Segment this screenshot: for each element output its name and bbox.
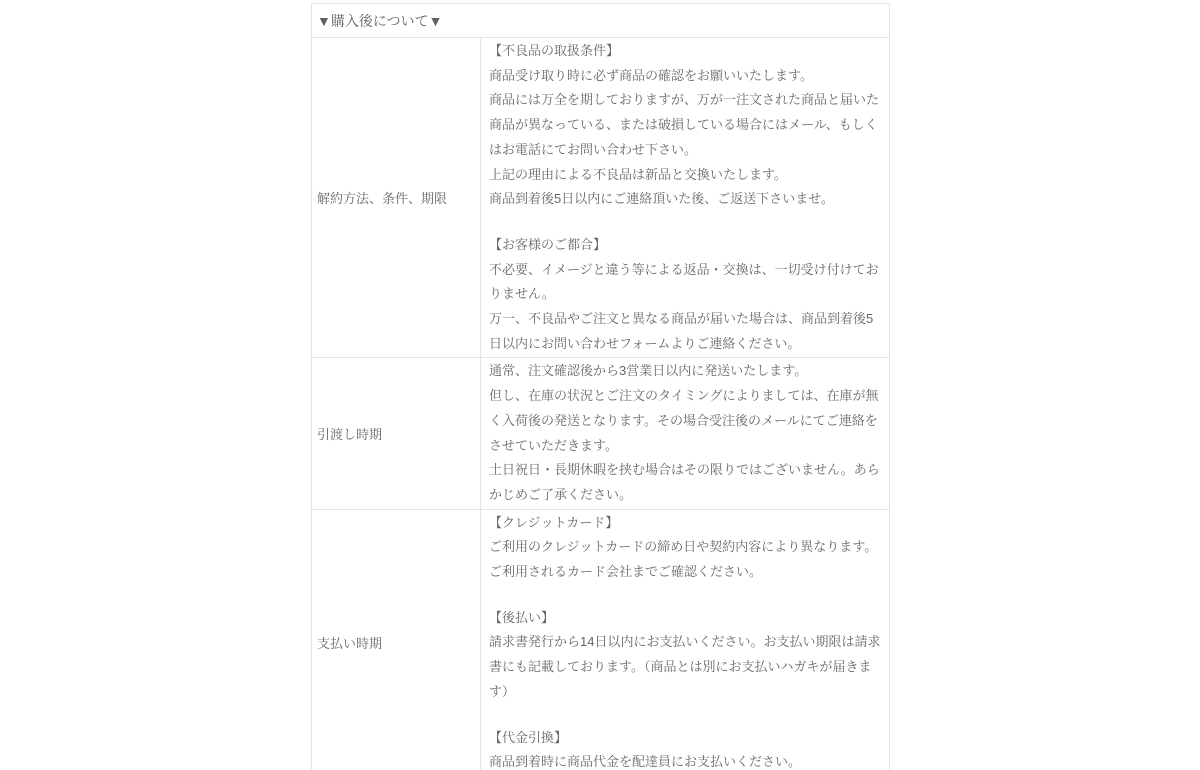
row-content: 通常、注文確認後から3営業日以内に発送いたします。 但し、在庫の状況とご注文のタ… [481, 358, 890, 509]
table-row: 引渡し時期 通常、注文確認後から3営業日以内に発送いたします。 但し、在庫の状況… [312, 358, 890, 509]
content-paragraph: 【後払い】 請求書発行から14日以内にお支払いください。お支払い期限は請求書にも… [489, 606, 881, 705]
content-paragraph: 【クレジットカード】 ご利用のクレジットカードの締め日や契約内容により異なります… [489, 511, 881, 585]
row-label: 引渡し時期 [312, 358, 481, 509]
row-content: 【クレジットカード】 ご利用のクレジットカードの締め日や契約内容により異なります… [481, 509, 890, 770]
row-content: 【不良品の取扱条件】 商品受け取り時に必ず商品の確認をお願いいたします。 商品に… [481, 38, 890, 358]
content-paragraph: 【お客様のご都合】 不必要、イメージと違う等による返品・交換は、一切受け付けてお… [489, 233, 881, 357]
row-label: 解約方法、条件、期限 [312, 38, 481, 358]
table-header-row: ▼購入後について▼ [312, 4, 890, 38]
content-paragraph: 通常、注文確認後から3営業日以内に発送いたします。 但し、在庫の状況とご注文のタ… [489, 359, 881, 507]
purchase-info-table: ▼購入後について▼ 解約方法、条件、期限 【不良品の取扱条件】 商品受け取り時に… [311, 3, 890, 770]
table-row: 解約方法、条件、期限 【不良品の取扱条件】 商品受け取り時に必ず商品の確認をお願… [312, 38, 890, 358]
table-row: 支払い時期 【クレジットカード】 ご利用のクレジットカードの締め日や契約内容によ… [312, 509, 890, 770]
page: ▼購入後について▼ 解約方法、条件、期限 【不良品の取扱条件】 商品受け取り時に… [0, 0, 1200, 770]
table-body: ▼購入後について▼ 解約方法、条件、期限 【不良品の取扱条件】 商品受け取り時に… [312, 4, 890, 770]
content-paragraph: 【不良品の取扱条件】 商品受け取り時に必ず商品の確認をお願いいたします。 商品に… [489, 39, 881, 212]
row-label: 支払い時期 [312, 509, 481, 770]
content-paragraph: 【代金引換】 商品到着時に商品代金を配達員にお支払いください。 [489, 726, 881, 770]
table-header: ▼購入後について▼ [312, 4, 890, 38]
